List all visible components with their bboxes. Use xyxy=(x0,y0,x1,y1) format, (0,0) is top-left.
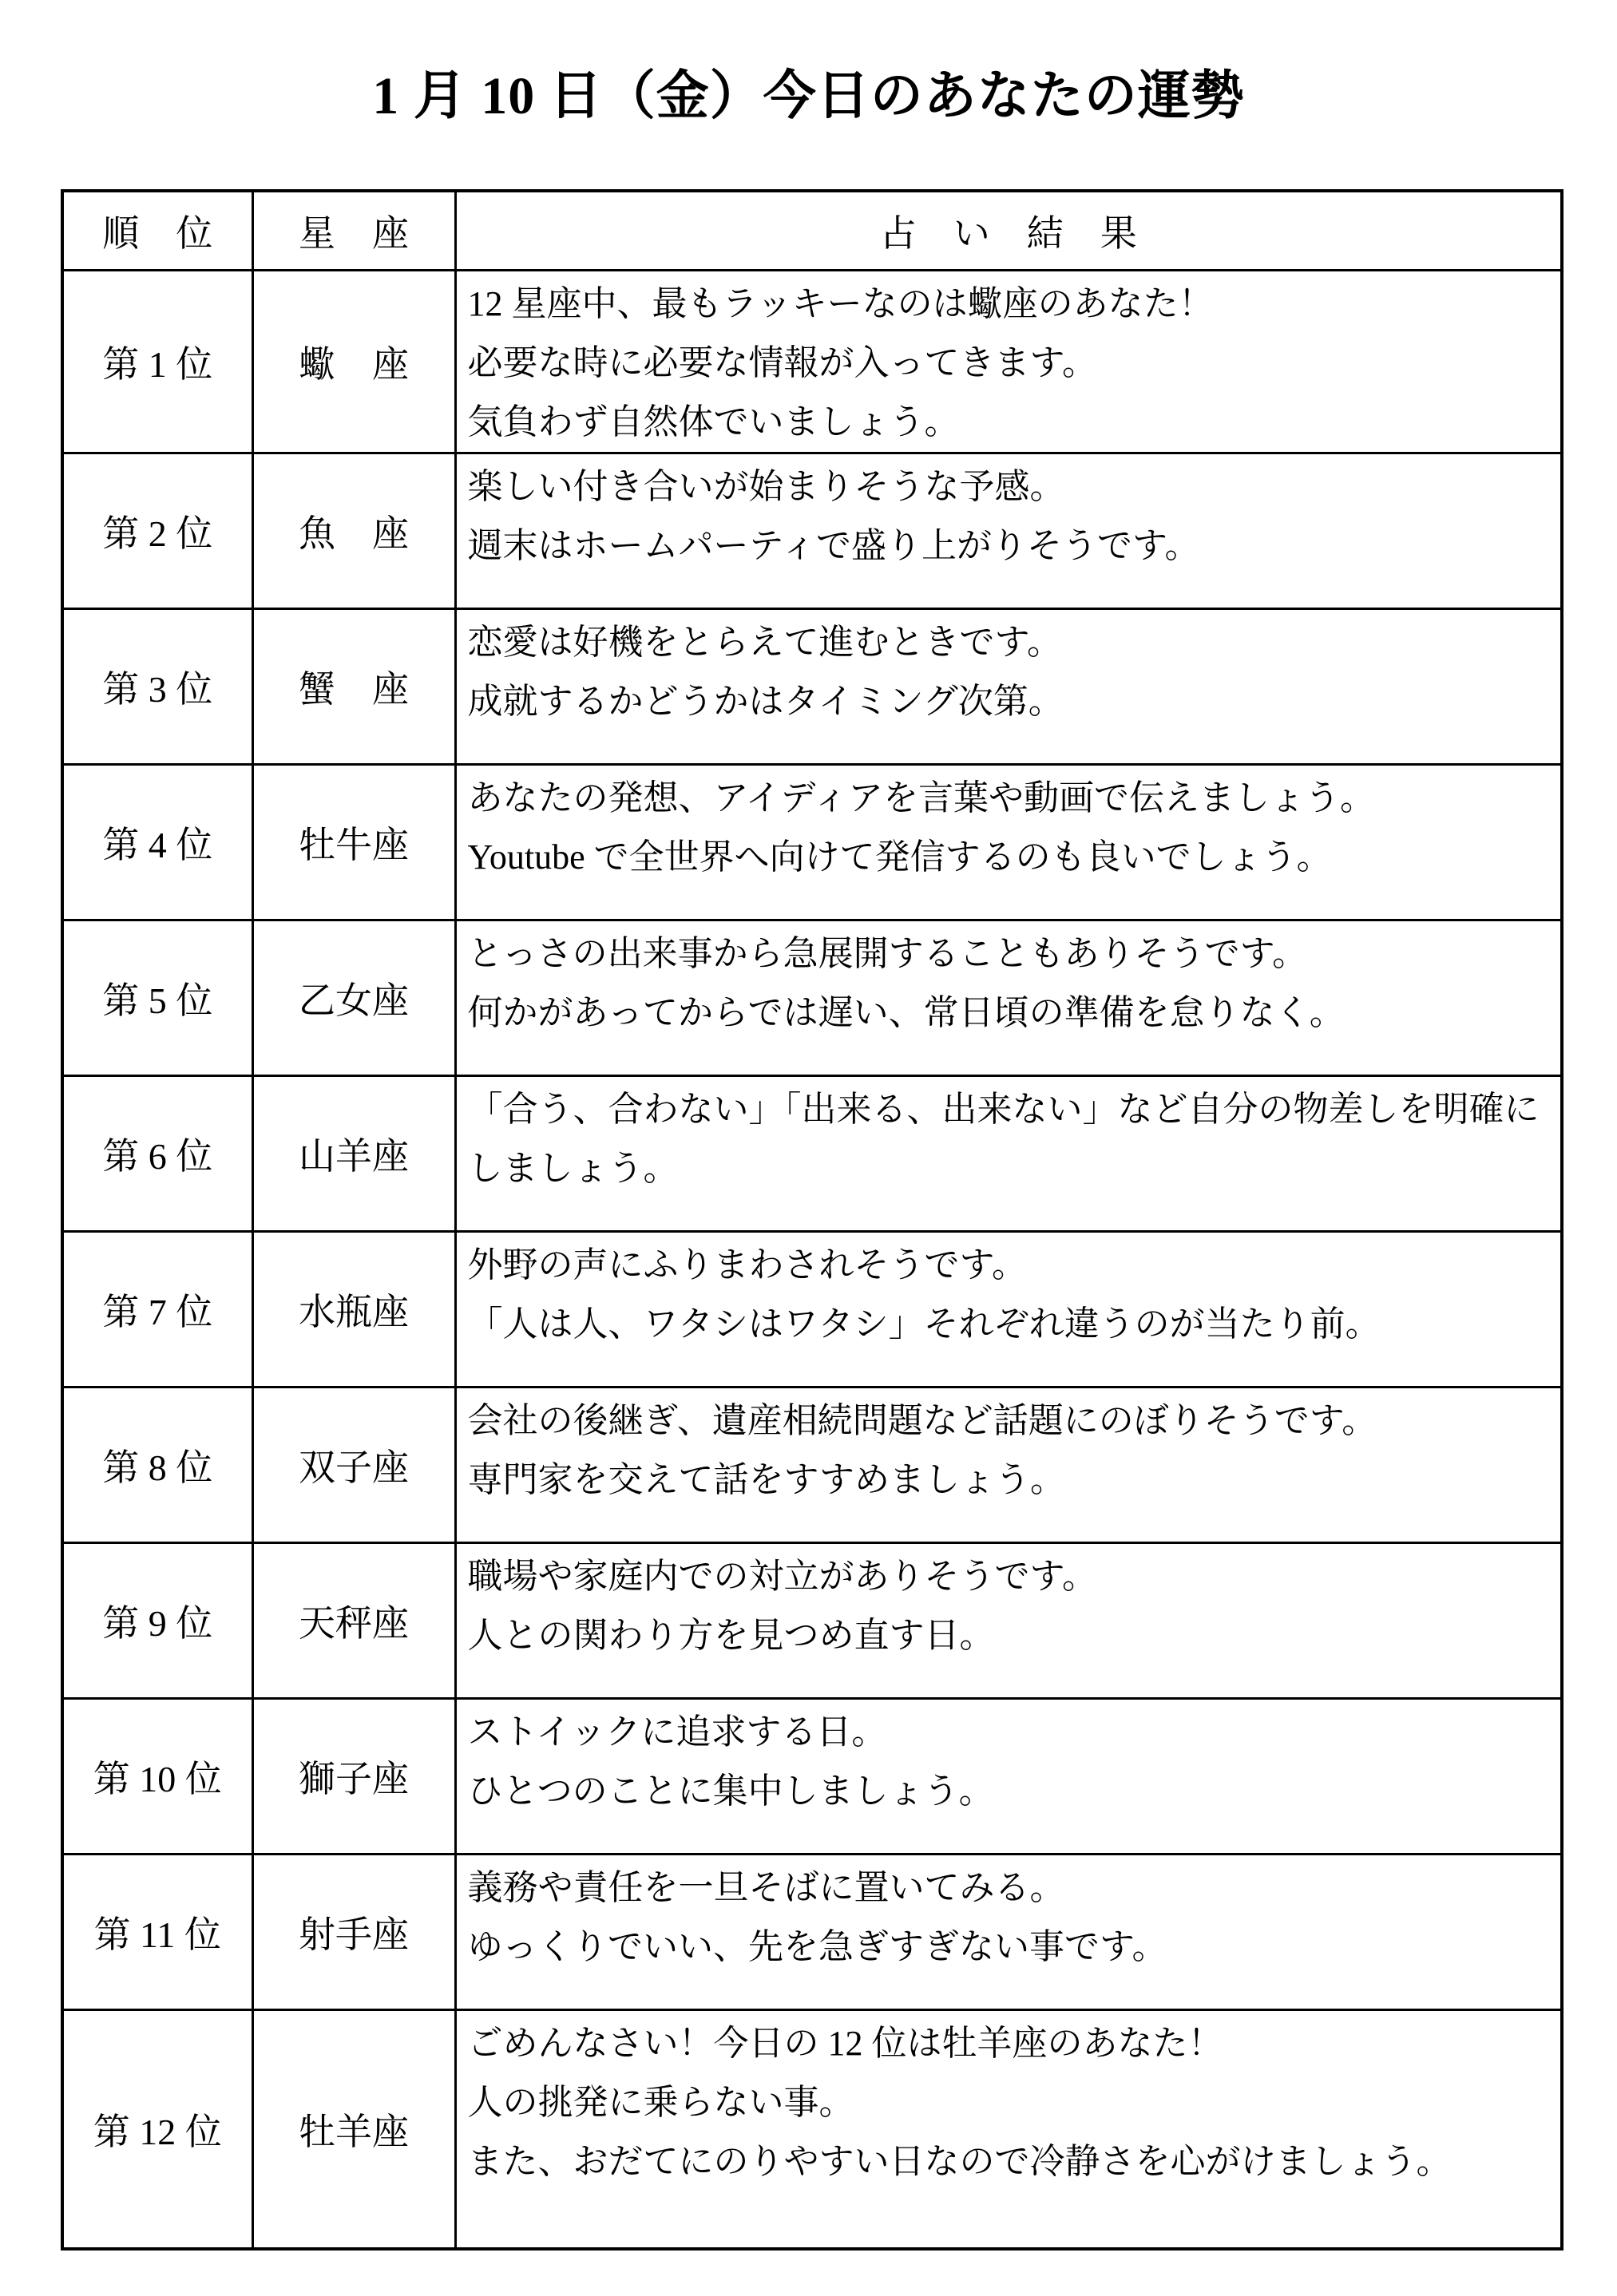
table-row: 第 7 位 水瓶座 外野の声にふりまわされそうです。 「人は人、ワタシはワタシ」… xyxy=(62,1231,1562,1387)
fortune-cell: 恋愛は好機をとらえて進むときです。 成就するかどうかはタイミング次第。 xyxy=(455,608,1562,764)
sign-cell: 獅子座 xyxy=(252,1698,455,1854)
fortune-cell: あなたの発想、アイディアを言葉や動画で伝えましょう。 Youtube で全世界へ… xyxy=(455,764,1562,920)
header-row: 順 位 星 座 占 い 結 果 xyxy=(62,191,1562,270)
table-row: 第 4 位 牡牛座 あなたの発想、アイディアを言葉や動画で伝えましょう。 You… xyxy=(62,764,1562,920)
table-row: 第 11 位 射手座 義務や責任を一旦そばに置いてみる。 ゆっくりでいい、先を急… xyxy=(62,1854,1562,2009)
table-row: 第 9 位 天秤座 職場や家庭内での対立がありそうです。 人との関わり方を見つめ… xyxy=(62,1542,1562,1698)
rank-cell: 第 4 位 xyxy=(62,764,252,920)
fortune-line: 成就するかどうかはタイミング次第。 xyxy=(468,672,1555,731)
rank-cell: 第 3 位 xyxy=(62,608,252,764)
sign-cell: 魚 座 xyxy=(252,453,455,608)
rank-cell: 第 8 位 xyxy=(62,1387,252,1542)
sign-cell: 射手座 xyxy=(252,1854,455,2009)
table-row: 第 10 位 獅子座 ストイックに追求する日。 ひとつのことに集中しましょう。 xyxy=(62,1698,1562,1854)
fortune-line: 外野の声にふりまわされそうです。 xyxy=(468,1236,1555,1295)
fortune-cell: ストイックに追求する日。 ひとつのことに集中しましょう。 xyxy=(455,1698,1562,1854)
table-row: 第 6 位 山羊座 「合う、合わない」「出来る、出来ない」など自分の物差しを明確… xyxy=(62,1075,1562,1231)
fortune-cell: 12 星座中、最もラッキーなのは蠍座のあなた！ 必要な時に必要な情報が入ってきま… xyxy=(455,270,1562,453)
header-result: 占 い 結 果 xyxy=(455,191,1562,270)
sign-cell: 乙女座 xyxy=(252,920,455,1075)
fortune-line: ゆっくりでいい、先を急ぎすぎない事です。 xyxy=(468,1918,1555,1977)
sign-cell: 蠍 座 xyxy=(252,270,455,453)
fortune-line: とっさの出来事から急展開することもありそうです。 xyxy=(468,924,1555,984)
fortune-line: 会社の後継ぎ、遺産相続問題など話題にのぼりそうです。 xyxy=(468,1391,1555,1451)
fortune-cell: 外野の声にふりまわされそうです。 「人は人、ワタシはワタシ」それぞれ違うのが当た… xyxy=(455,1231,1562,1387)
table-row: 第 1 位 蠍 座 12 星座中、最もラッキーなのは蠍座のあなた！ 必要な時に必… xyxy=(62,270,1562,453)
fortune-line: しましょう。 xyxy=(468,1139,1555,1198)
fortune-line: 職場や家庭内での対立がありそうです。 xyxy=(468,1547,1555,1606)
fortune-cell: ごめんなさい！今日の 12 位は牡羊座のあなた！ 人の挑発に乗らない事。 また、… xyxy=(455,2009,1562,2249)
header-sign: 星 座 xyxy=(252,191,455,270)
fortune-line: あなたの発想、アイディアを言葉や動画で伝えましょう。 xyxy=(468,769,1555,828)
fortune-line: 人の挑発に乗らない事。 xyxy=(468,2073,1555,2132)
fortune-line: ごめんなさい！今日の 12 位は牡羊座のあなた！ xyxy=(468,2014,1555,2073)
fortune-cell: 楽しい付き合いが始まりそうな予感。 週末はホームパーティで盛り上がりそうです。 xyxy=(455,453,1562,608)
fortune-line: Youtube で全世界へ向けて発信するのも良いでしょう。 xyxy=(468,828,1555,887)
sign-cell: 山羊座 xyxy=(252,1075,455,1231)
fortune-line: 12 星座中、最もラッキーなのは蠍座のあなた！ xyxy=(468,275,1555,334)
sign-cell: 牡羊座 xyxy=(252,2009,455,2249)
fortune-line: また、おだてにのりやすい日なので冷静さを心がけましょう。 xyxy=(468,2132,1555,2191)
header-rank: 順 位 xyxy=(62,191,252,270)
fortune-line: 楽しい付き合いが始まりそうな予感。 xyxy=(468,457,1555,517)
fortune-cell: 職場や家庭内での対立がありそうです。 人との関わり方を見つめ直す日。 xyxy=(455,1542,1562,1698)
fortune-line: 恋愛は好機をとらえて進むときです。 xyxy=(468,613,1555,672)
rank-cell: 第 7 位 xyxy=(62,1231,252,1387)
rank-cell: 第 2 位 xyxy=(62,453,252,608)
fortune-cell: とっさの出来事から急展開することもありそうです。 何かがあってからでは遅い、常日… xyxy=(455,920,1562,1075)
fortune-line: ひとつのことに集中しましょう。 xyxy=(468,1762,1555,1821)
fortune-cell: 義務や責任を一旦そばに置いてみる。 ゆっくりでいい、先を急ぎすぎない事です。 xyxy=(455,1854,1562,2009)
fortune-table: 順 位 星 座 占 い 結 果 第 1 位 蠍 座 12 星座中、最もラッキーな… xyxy=(61,189,1563,2250)
fortune-line: 週末はホームパーティで盛り上がりそうです。 xyxy=(468,517,1555,576)
fortune-line: 義務や責任を一旦そばに置いてみる。 xyxy=(468,1859,1555,1918)
table-row: 第 2 位 魚 座 楽しい付き合いが始まりそうな予感。 週末はホームパーティで盛… xyxy=(62,453,1562,608)
sign-cell: 牡牛座 xyxy=(252,764,455,920)
fortune-line: ストイックに追求する日。 xyxy=(468,1703,1555,1762)
sign-cell: 水瓶座 xyxy=(252,1231,455,1387)
fortune-line: 「合う、合わない」「出来る、出来ない」など自分の物差しを明確に xyxy=(468,1080,1555,1139)
rank-cell: 第 1 位 xyxy=(62,270,252,453)
fortune-line: 「人は人、ワタシはワタシ」それぞれ違うのが当たり前。 xyxy=(468,1295,1555,1354)
fortune-line: 気負わず自然体でいましょう。 xyxy=(468,393,1555,452)
table-row: 第 5 位 乙女座 とっさの出来事から急展開することもありそうです。 何かがあっ… xyxy=(62,920,1562,1075)
table-row: 第 3 位 蟹 座 恋愛は好機をとらえて進むときです。 成就するかどうかはタイミ… xyxy=(62,608,1562,764)
table-row: 第 12 位 牡羊座 ごめんなさい！今日の 12 位は牡羊座のあなた！ 人の挑発… xyxy=(62,2009,1562,2249)
rank-cell: 第 5 位 xyxy=(62,920,252,1075)
fortune-line: 何かがあってからでは遅い、常日頃の準備を怠りなく。 xyxy=(468,984,1555,1043)
rank-cell: 第 6 位 xyxy=(62,1075,252,1231)
rank-cell: 第 10 位 xyxy=(62,1698,252,1854)
fortune-line: 必要な時に必要な情報が入ってきます。 xyxy=(468,334,1555,393)
sign-cell: 天秤座 xyxy=(252,1542,455,1698)
page-title: 1 月 10 日（金）今日のあなたの運勢 xyxy=(0,65,1617,128)
rank-cell: 第 9 位 xyxy=(62,1542,252,1698)
rank-cell: 第 11 位 xyxy=(62,1854,252,2009)
fortune-line: 専門家を交えて話をすすめましょう。 xyxy=(468,1451,1555,1510)
table-row: 第 8 位 双子座 会社の後継ぎ、遺産相続問題など話題にのぼりそうです。 専門家… xyxy=(62,1387,1562,1542)
sign-cell: 蟹 座 xyxy=(252,608,455,764)
rank-cell: 第 12 位 xyxy=(62,2009,252,2249)
fortune-cell: 会社の後継ぎ、遺産相続問題など話題にのぼりそうです。 専門家を交えて話をすすめま… xyxy=(455,1387,1562,1542)
fortune-line: 人との関わり方を見つめ直す日。 xyxy=(468,1606,1555,1665)
fortune-cell: 「合う、合わない」「出来る、出来ない」など自分の物差しを明確に しましょう。 xyxy=(455,1075,1562,1231)
sign-cell: 双子座 xyxy=(252,1387,455,1542)
